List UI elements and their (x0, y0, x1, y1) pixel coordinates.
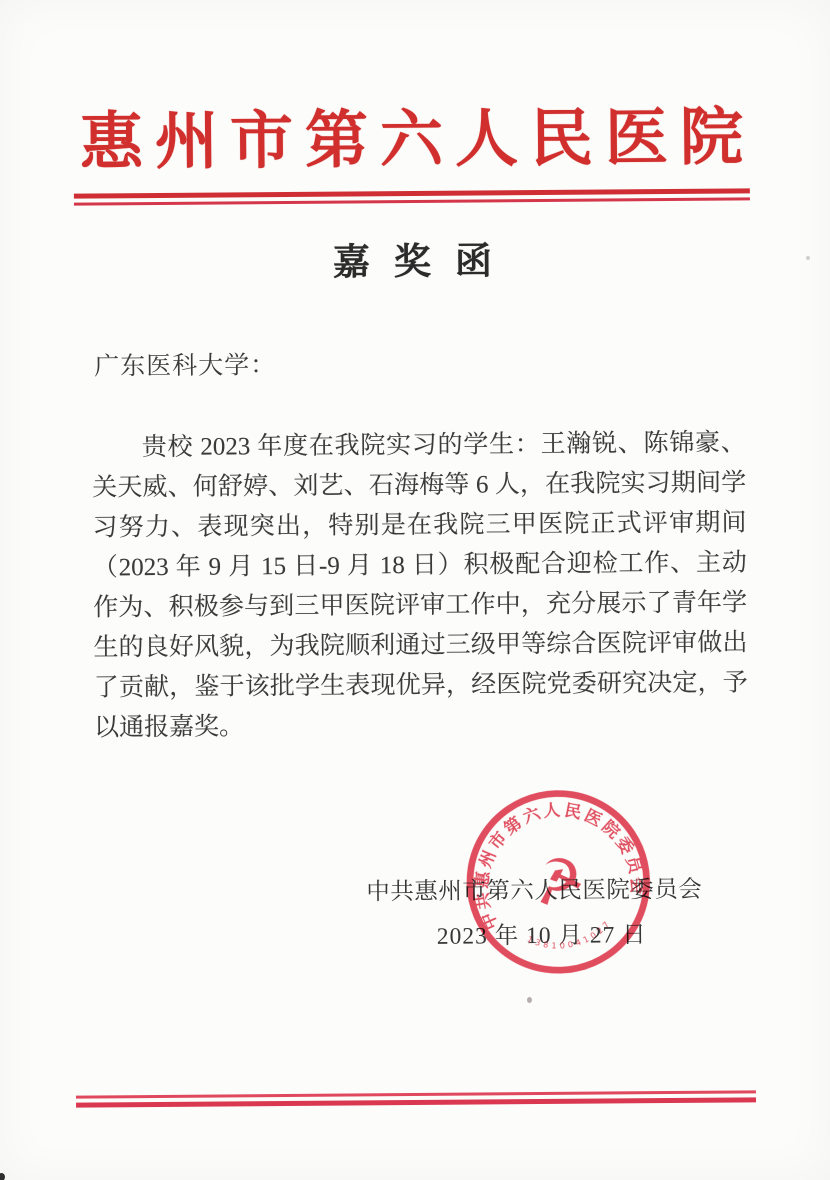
footer-double-rule (76, 1090, 756, 1107)
official-seal: 中共惠州市第六人民医院委员会 13810041027 ☭ (444, 767, 673, 996)
letterhead-hospital-name: 惠州市第六人民医院 (0, 97, 827, 184)
salutation: 广东医科大学： (94, 350, 276, 383)
scanned-letter-page: 惠州市第六人民医院 嘉奖函 广东医科大学： 贵校 2023 年度在我院实习的学生… (0, 0, 830, 1180)
seal-serial-number: 13810041027 (524, 916, 617, 959)
body-line: 了贡献，鉴于该批学生表现优异，经医院党委研究决定，予 (94, 663, 748, 708)
document-title: 嘉奖函 (0, 238, 828, 289)
letterhead-double-rule (74, 188, 750, 205)
body-line: 习努力、表现突出，特别是在我院三甲医院正式评审期间 (92, 503, 746, 548)
body-line: （2023 年 9 月 15 日-9 月 18 日）积极配合迎检工作、主动 (93, 543, 747, 588)
scan-speck (527, 997, 532, 1003)
scan-speck (806, 256, 810, 260)
scan-speck (0, 1173, 5, 1180)
hammer-sickle-icon: ☭ (525, 843, 592, 922)
body-line: 关天威、何舒婷、刘艺、石海梅等 6 人，在我院实习期间学 (92, 463, 746, 508)
body-paragraph: 贵校 2023 年度在我院实习的学生：王瀚锐、陈锦豪、 关天威、何舒婷、刘艺、石… (92, 423, 748, 748)
body-line: 生的良好风貌，为我院顺利通过三级甲等综合医院评审做出 (93, 623, 747, 668)
body-line: 贵校 2023 年度在我院实习的学生：王瀚锐、陈锦豪、 (92, 423, 746, 468)
body-line: 以通报嘉奖。 (94, 703, 748, 748)
body-line: 作为、积极参与到三甲医院评审工作中，充分展示了青年学 (93, 583, 747, 628)
